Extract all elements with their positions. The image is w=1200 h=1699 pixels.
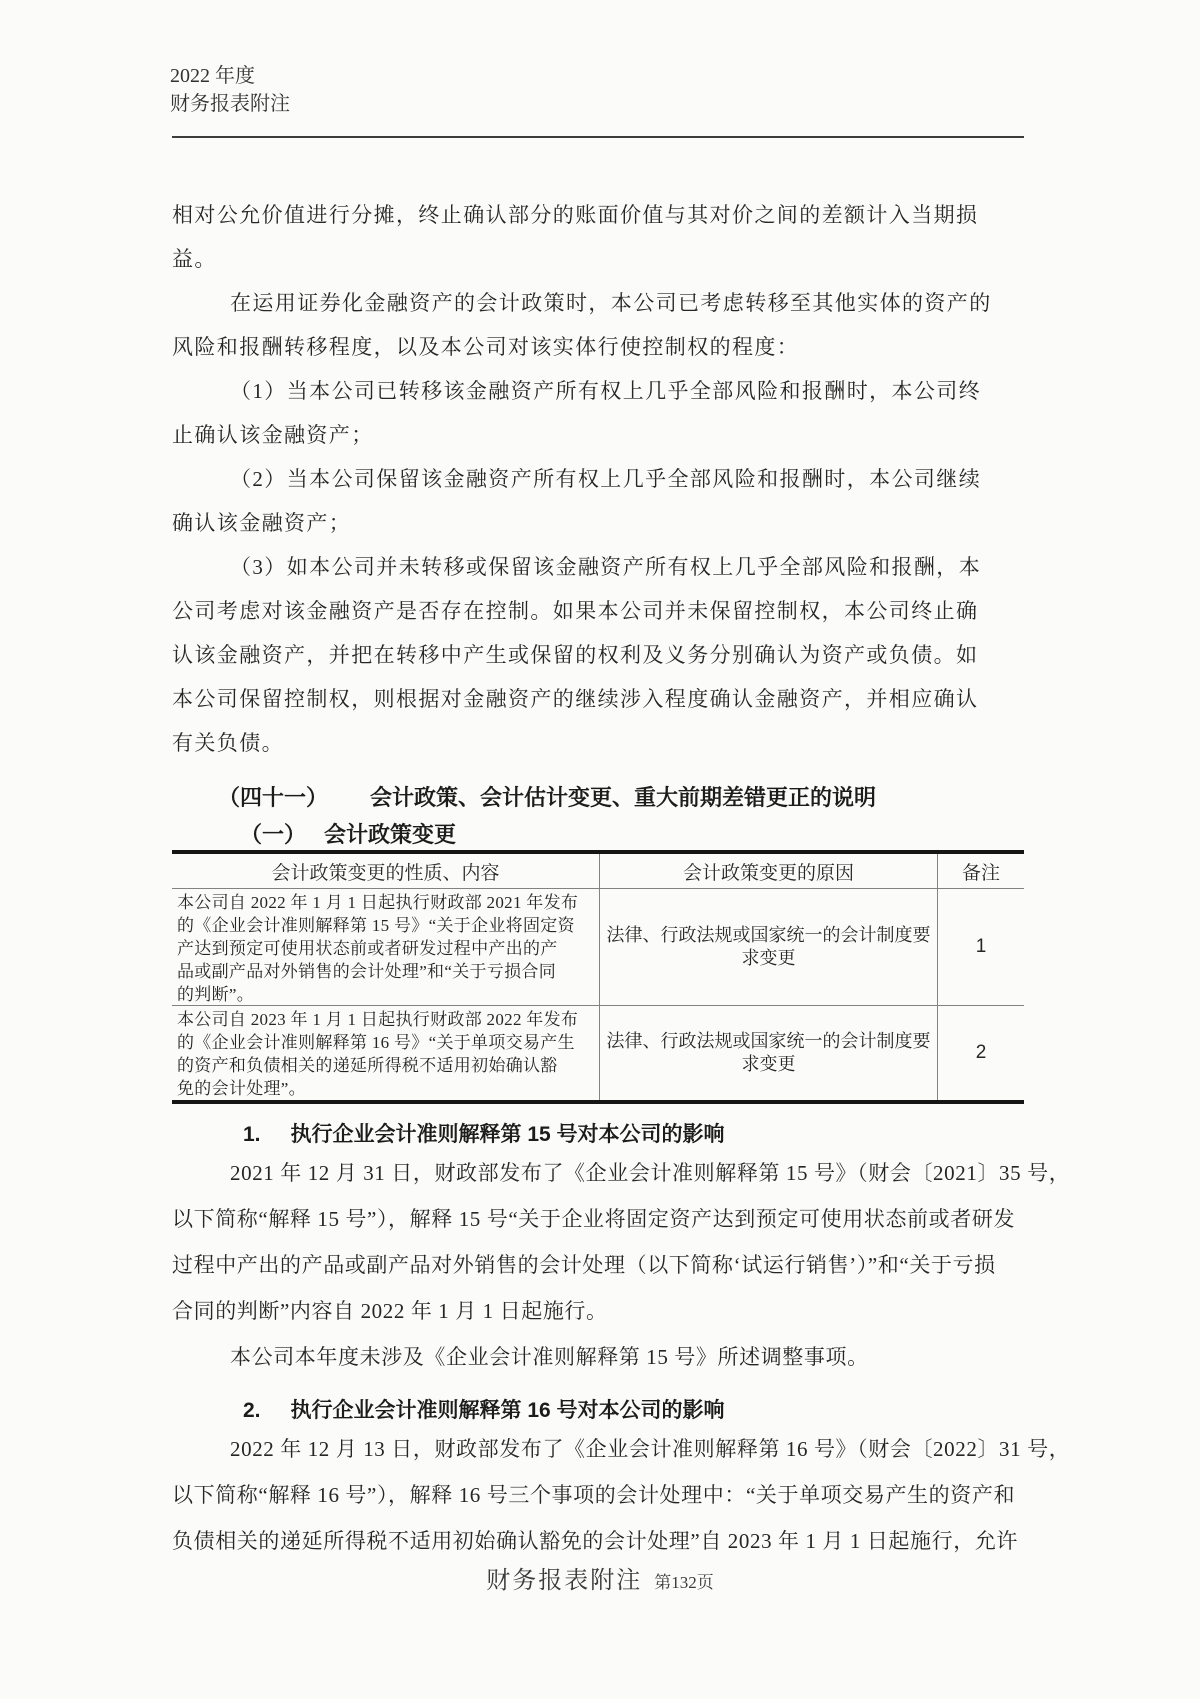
text-line: 本公司自 2022 年 1 月 1 日起执行财政部 2021 年发布 [177,891,595,914]
page-header: 2022 年度 财务报表附注 [170,62,290,118]
text-line: 法律、行政法规或国家统一的会计制度要 [607,924,931,947]
text-line: 合同的判断”内容自 2022 年 1 月 1 日起施行。 [172,1288,1040,1334]
column-header-reason: 会计政策变更的原因 [600,854,938,888]
table-row: 本公司自 2022 年 1 月 1 日起执行财政部 2021 年发布 的《企业会… [172,889,1024,1006]
text-line: 负债相关的递延所得税不适用初始确认豁免的会计处理”自 2023 年 1 月 1 … [172,1518,1040,1564]
text-line: （3）如本公司并未转移或保留该金融资产所有权上几乎全部风险和报酬，本 [172,545,1040,589]
section-41-number: （四十一） [218,785,328,810]
text-line: 过程中产出的产品或副产品对外销售的会计处理（以下简称‘试运行销售’）”和“关于亏… [172,1242,1040,1288]
column-header-note: 备注 [938,854,1024,888]
text-line: 以下简称“解释 16 号”），解释 16 号三个事项的会计处理中：“关于单项交易… [172,1472,1040,1518]
column-header-nature: 会计政策变更的性质、内容 [172,854,600,888]
footer-page-number: 第132页 [654,1573,714,1592]
reason-cell: 法律、行政法规或国家统一的会计制度要 求变更 [600,1006,938,1100]
text-line: 的资产和负债相关的递延所得税不适用初始确认豁 [177,1054,595,1077]
body-paragraphs: 相对公允价值进行分摊，终止确认部分的账面价值与其对价之间的差额计入当期损 益。 … [172,193,1040,765]
subsection-1-number: （一） [240,822,306,847]
impact-16-paragraph: 2022 年 12 月 13 日，财政部发布了《企业会计准则解释第 16 号》（… [172,1426,1040,1564]
text-line: 的《企业会计准则解释第 16 号》“关于单项交易产生 [177,1031,595,1054]
table-header-row: 会计政策变更的性质、内容 会计政策变更的原因 备注 [172,854,1024,889]
text-line: 确认该金融资产； [172,501,1040,545]
text-line: （1）当本公司已转移该金融资产所有权上几乎全部风险和报酬时，本公司终 [172,369,1040,413]
text-line: 相对公允价值进行分摊，终止确认部分的账面价值与其对价之间的差额计入当期损 [172,193,1040,237]
subsection-1-heading: （一）会计政策变更 [240,818,456,849]
text-line: 求变更 [742,1053,796,1076]
impact-15-paragraph: 2021 年 12 月 31 日，财政部发布了《企业会计准则解释第 15 号》（… [172,1150,1040,1334]
note-cell: 2 [938,1006,1024,1100]
document-page: 2022 年度 财务报表附注 相对公允价值进行分摊，终止确认部分的账面价值与其对… [0,0,1200,1699]
impact-15-title: 执行企业会计准则解释第 15 号对本公司的影响 [291,1123,725,1146]
text-line: 本公司自 2023 年 1 月 1 日起执行财政部 2022 年发布 [177,1008,595,1031]
table-row: 本公司自 2023 年 1 月 1 日起执行财政部 2022 年发布 的《企业会… [172,1006,1024,1100]
text-line: 本公司本年度未涉及《企业会计准则解释第 15 号》所述调整事项。 [172,1334,1040,1380]
text-line: 以下简称“解释 15 号”），解释 15 号“关于企业将固定资产达到预定可使用状… [172,1196,1040,1242]
header-doc-line: 财务报表附注 [170,90,290,118]
text-line: 的判断”。 [177,983,595,1006]
section-41-title: 会计政策、会计估计变更、重大前期差错更正的说明 [370,785,876,810]
text-line: 产达到预定可使用状态前或者研发过程中产出的产 [177,937,595,960]
text-line: 认该金融资产，并把在转移中产生或保留的权利及义务分别确认为资产或负债。如 [172,633,1040,677]
text-line: 公司考虑对该金融资产是否存在控制。如果本公司并未保留控制权，本公司终止确 [172,589,1040,633]
text-line: 本公司保留控制权，则根据对金融资产的继续涉入程度确认金融资产，并相应确认 [172,677,1040,721]
subsection-1-title: 会计政策变更 [324,822,456,847]
note-cell: 1 [938,889,1024,1005]
header-divider [172,136,1024,138]
text-line: 免的会计处理”。 [177,1077,595,1100]
impact-16-number: 2. [243,1399,261,1422]
text-line: 的《企业会计准则解释第 15 号》“关于企业将固定资 [177,914,595,937]
text-line: 止确认该金融资产； [172,413,1040,457]
impact-15-number: 1. [243,1123,261,1146]
text-line: 在运用证券化金融资产的会计政策时，本公司已考虑转移至其他实体的资产的 [172,281,1040,325]
page-footer: 财务报表附注第132页 [0,1560,1200,1595]
impact-15-heading: 1.执行企业会计准则解释第 15 号对本公司的影响 [243,1118,725,1148]
text-line: 风险和报酬转移程度，以及本公司对该实体行使控制权的程度： [172,325,1040,369]
text-line: 有关负债。 [172,721,1040,765]
section-41-heading: （四十一）会计政策、会计估计变更、重大前期差错更正的说明 [218,781,876,812]
accounting-policy-change-table: 会计政策变更的性质、内容 会计政策变更的原因 备注 本公司自 2022 年 1 … [172,850,1024,1104]
impact-16-title: 执行企业会计准则解释第 16 号对本公司的影响 [291,1399,725,1422]
footer-title: 财务报表附注 [486,1568,642,1594]
nature-cell: 本公司自 2022 年 1 月 1 日起执行财政部 2021 年发布 的《企业会… [172,889,600,1005]
text-line: 法律、行政法规或国家统一的会计制度要 [607,1030,931,1053]
impact-15-paragraph-2: 本公司本年度未涉及《企业会计准则解释第 15 号》所述调整事项。 [172,1334,1040,1380]
text-line: 益。 [172,237,1040,281]
text-line: （2）当本公司保留该金融资产所有权上几乎全部风险和报酬时，本公司继续 [172,457,1040,501]
text-line: 2021 年 12 月 31 日，财政部发布了《企业会计准则解释第 15 号》（… [172,1150,1040,1196]
text-line: 品或副产品对外销售的会计处理”和“关于亏损合同 [177,960,595,983]
impact-16-heading: 2.执行企业会计准则解释第 16 号对本公司的影响 [243,1394,725,1424]
text-line: 求变更 [742,947,796,970]
text-line: 2022 年 12 月 13 日，财政部发布了《企业会计准则解释第 16 号》（… [172,1426,1040,1472]
header-year-line: 2022 年度 [170,62,290,90]
reason-cell: 法律、行政法规或国家统一的会计制度要 求变更 [600,889,938,1005]
nature-cell: 本公司自 2023 年 1 月 1 日起执行财政部 2022 年发布 的《企业会… [172,1006,600,1100]
